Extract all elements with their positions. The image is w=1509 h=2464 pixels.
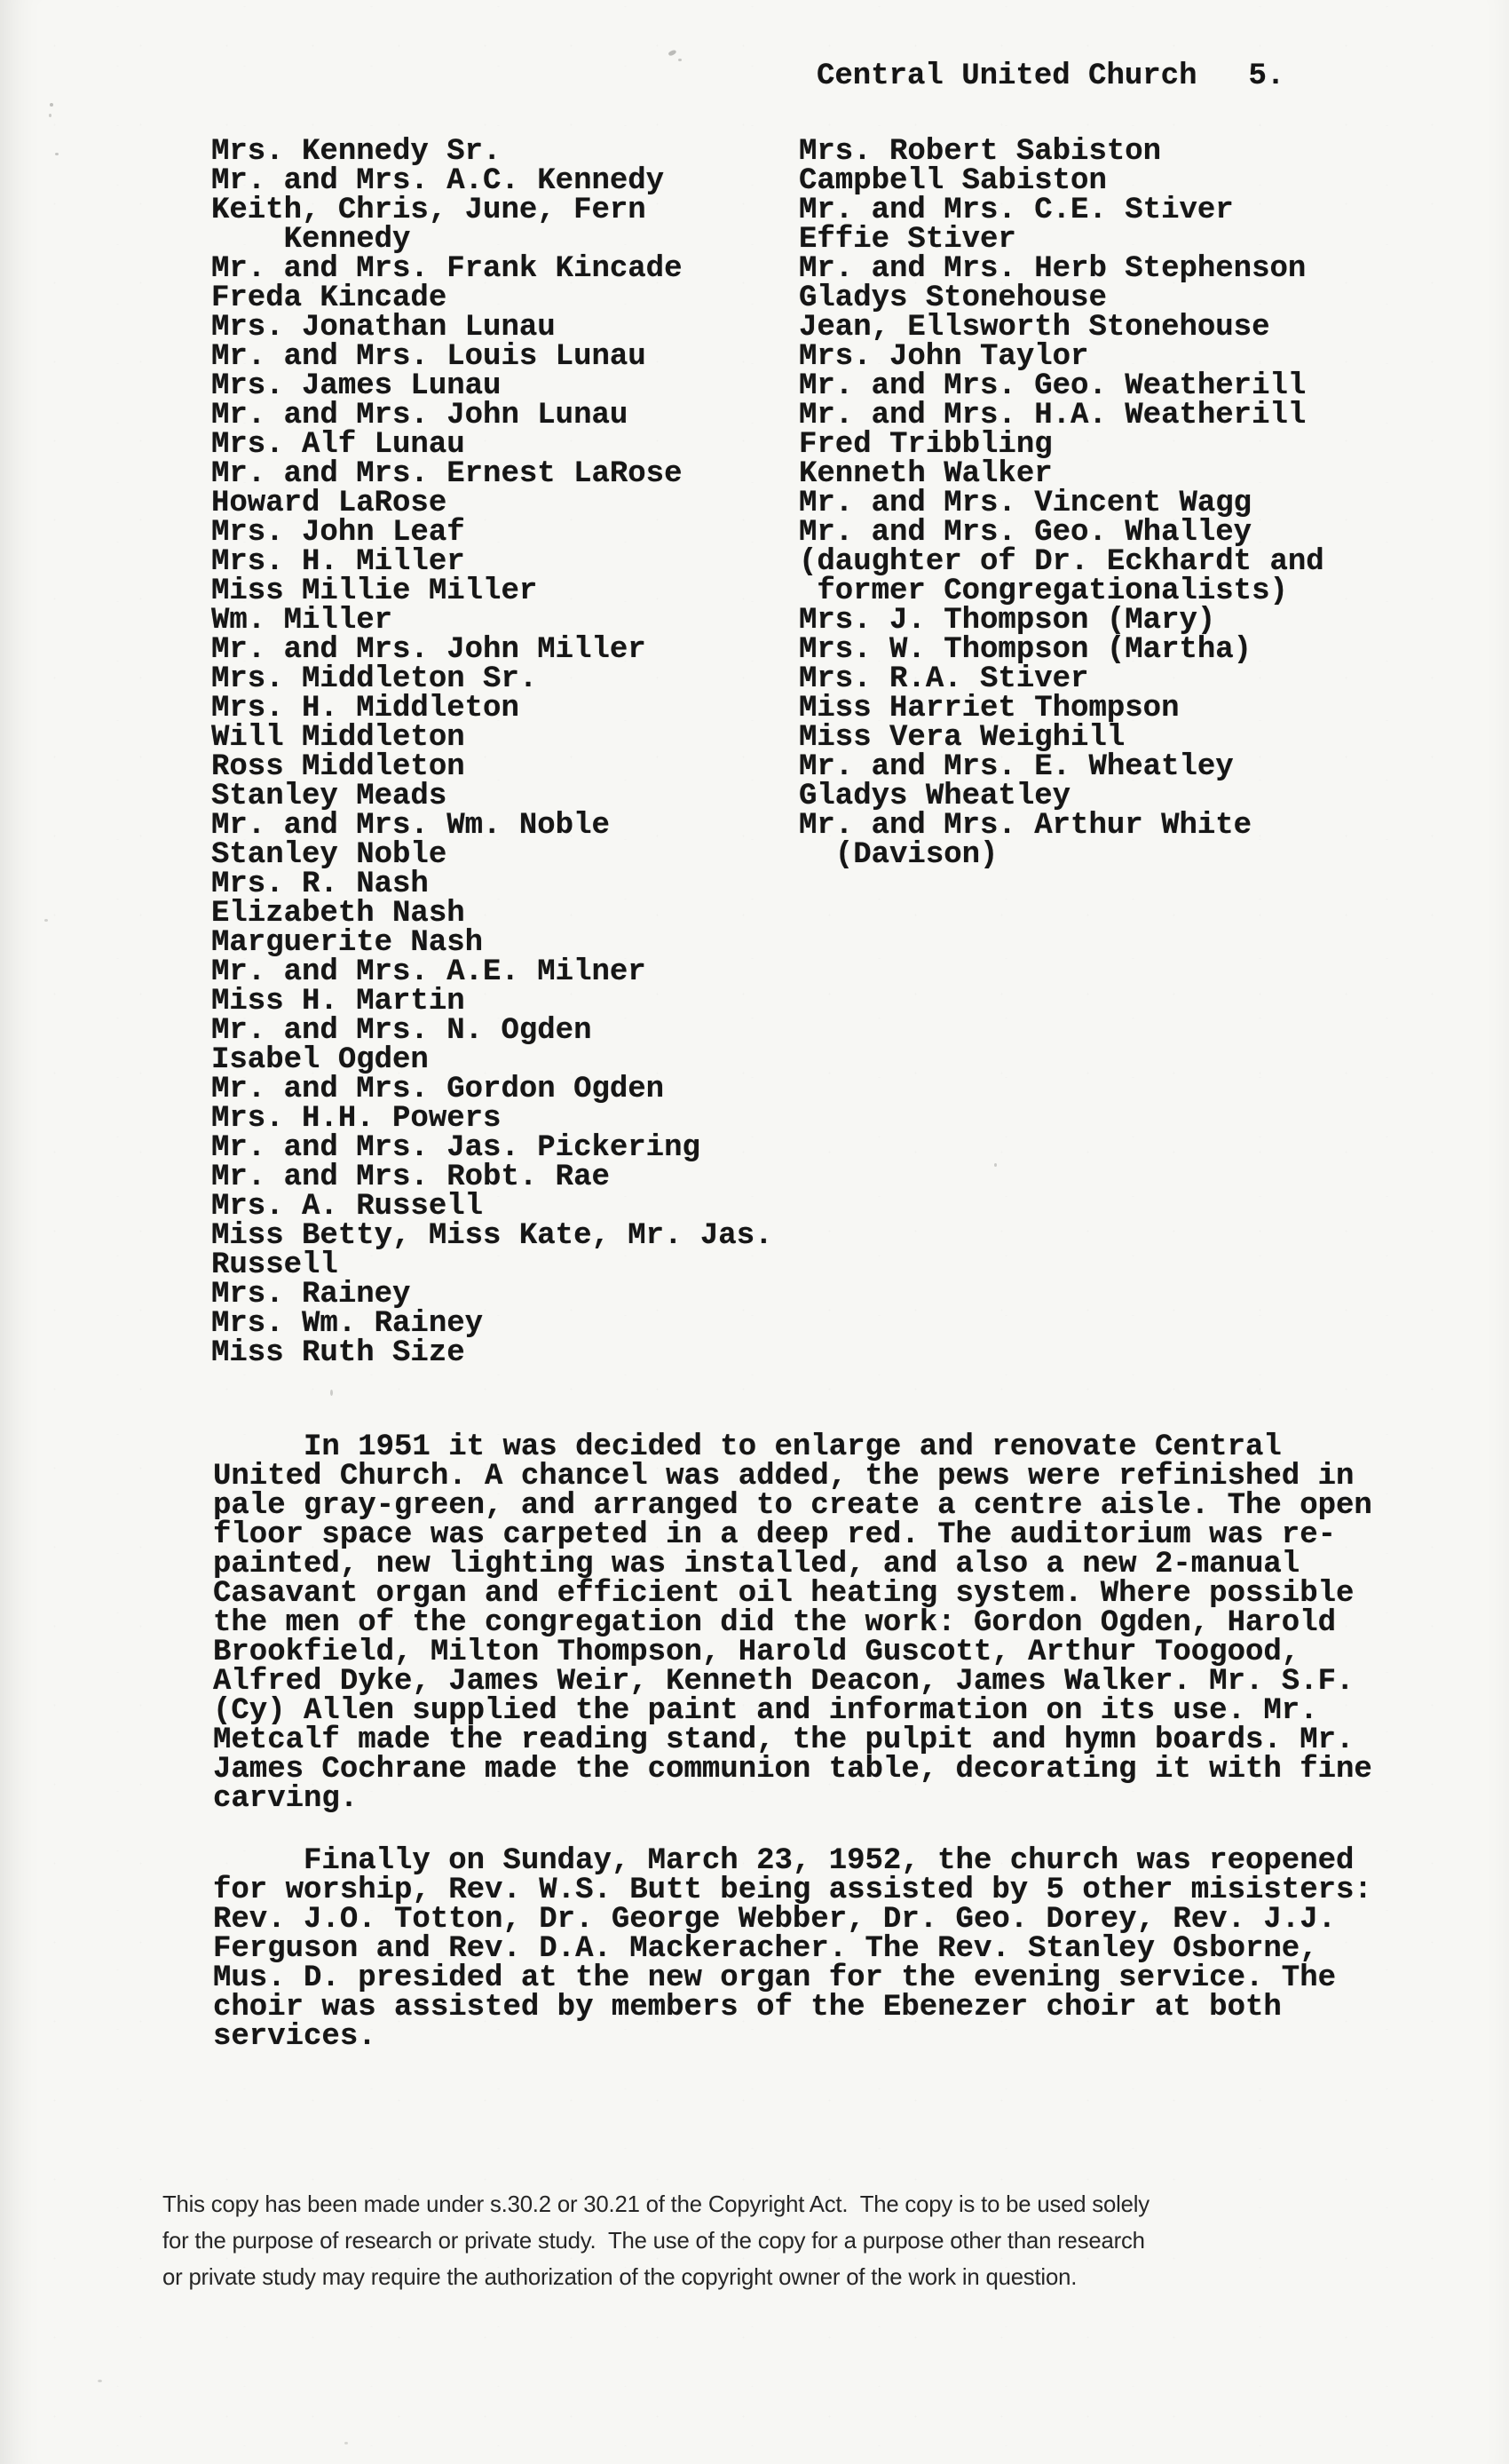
- scan-artifact: [330, 1390, 333, 1396]
- scan-artifact: [994, 1163, 997, 1167]
- scan-artifact: [678, 59, 682, 61]
- scan-artifact: [50, 103, 53, 107]
- scan-artifact: [98, 2380, 102, 2382]
- page-header: Central United Church 5.: [817, 62, 1284, 91]
- scan-artifact: [668, 49, 676, 57]
- page-number: 5.: [1248, 62, 1284, 91]
- scan-artifact: [44, 919, 48, 922]
- page-title: Central United Church: [817, 62, 1197, 91]
- scan-artifact: [55, 153, 59, 155]
- scanned-page: Central United Church 5. Mrs. Kennedy Sr…: [0, 0, 1509, 2464]
- scan-artifact: [344, 2442, 348, 2444]
- paragraph-renovation-1951: In 1951 it was decided to enlarge and re…: [213, 1433, 1372, 1814]
- name-list-left-column: Mrs. Kennedy Sr. Mr. and Mrs. A.C. Kenne…: [211, 138, 773, 1368]
- scan-artifact: [49, 114, 51, 117]
- copyright-notice: This copy has been made under s.30.2 or …: [162, 2186, 1150, 2295]
- paragraph-reopening-1952: Finally on Sunday, March 23, 1952, the c…: [213, 1847, 1372, 2052]
- name-list-right-column: Mrs. Robert Sabiston Campbell Sabiston M…: [799, 138, 1324, 870]
